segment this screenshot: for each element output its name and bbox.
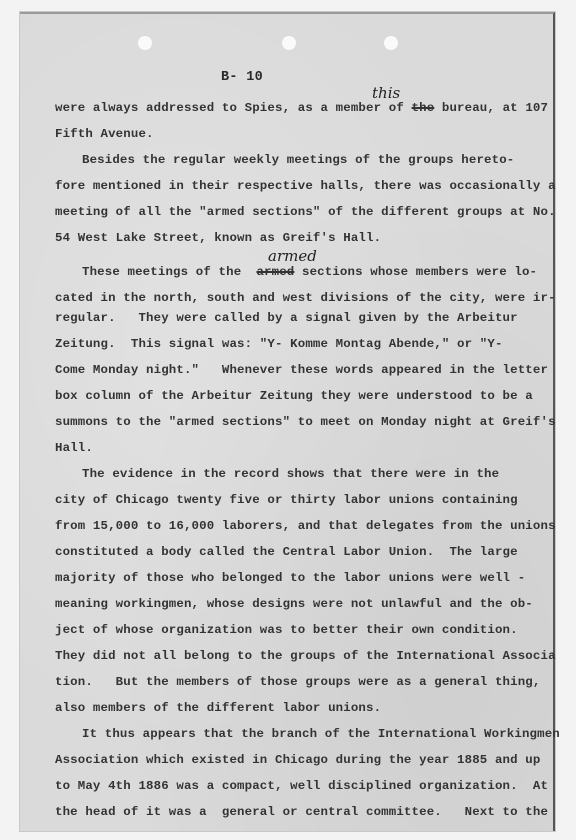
text-line: summons to the "armed sections" to meet … [55,415,556,429]
text-line: 54 West Lake Street, known as Greif's Ha… [55,231,381,245]
page-number: B- 10 [221,70,263,85]
text-line: majority of those who belonged to the la… [55,571,525,585]
text-line: were always addressed to Spies, as a mem… [55,101,548,115]
text-segment: bureau, at 107 [434,101,548,115]
text-line: Fifth Avenue. [55,127,154,141]
text-line: Association which existed in Chicago dur… [55,753,540,767]
struck-word: the [412,101,435,115]
paragraph-start-line: Besides the regular weekly meetings of t… [82,153,514,167]
text-line: meeting of all the "armed sections" of t… [55,205,556,219]
text-line: Come Monday night." Whenever these words… [55,363,548,377]
text-line: the head of it was a general or central … [55,805,548,819]
punch-hole [384,36,398,50]
paragraph-start-line: It thus appears that the branch of the I… [82,727,560,741]
struck-word: armed [256,265,294,279]
text-segment: sections whose members were lo- [294,265,537,279]
text-line: cated in the north, south and west divis… [55,291,556,305]
text-line: also members of the different labor unio… [55,701,381,715]
text-line: tion. But the members of those groups we… [55,675,540,689]
paragraph-start-line: These meetings of the armed sections who… [82,265,537,279]
text-line: regular. They were called by a signal gi… [55,311,518,325]
text-segment: These meetings of the [82,265,256,279]
text-line: Zeitung. This signal was: "Y- Komme Mont… [55,337,503,351]
text-segment: were always addressed to Spies, as a mem… [55,101,412,115]
text-line: meaning workingmen, whose designs were n… [55,597,533,611]
text-line: box column of the Arbeitur Zeitung they … [55,389,533,403]
text-line: Hall. [55,441,93,455]
text-line: fore mentioned in their respective halls… [55,179,556,193]
handwritten-insert-armed: armed [268,247,317,265]
punch-hole [138,36,152,50]
text-line: to May 4th 1886 was a compact, well disc… [55,779,548,793]
punch-hole [282,36,296,50]
handwritten-insert-this: this [372,84,400,102]
text-line: ject of whose organization was to better… [55,623,518,637]
paragraph-start-line: The evidence in the record shows that th… [82,467,499,481]
text-line: They did not all belong to the groups of… [55,649,556,663]
text-line: constituted a body called the Central La… [55,545,518,559]
text-line: city of Chicago twenty five or thirty la… [55,493,518,507]
text-line: from 15,000 to 16,000 laborers, and that… [55,519,556,533]
